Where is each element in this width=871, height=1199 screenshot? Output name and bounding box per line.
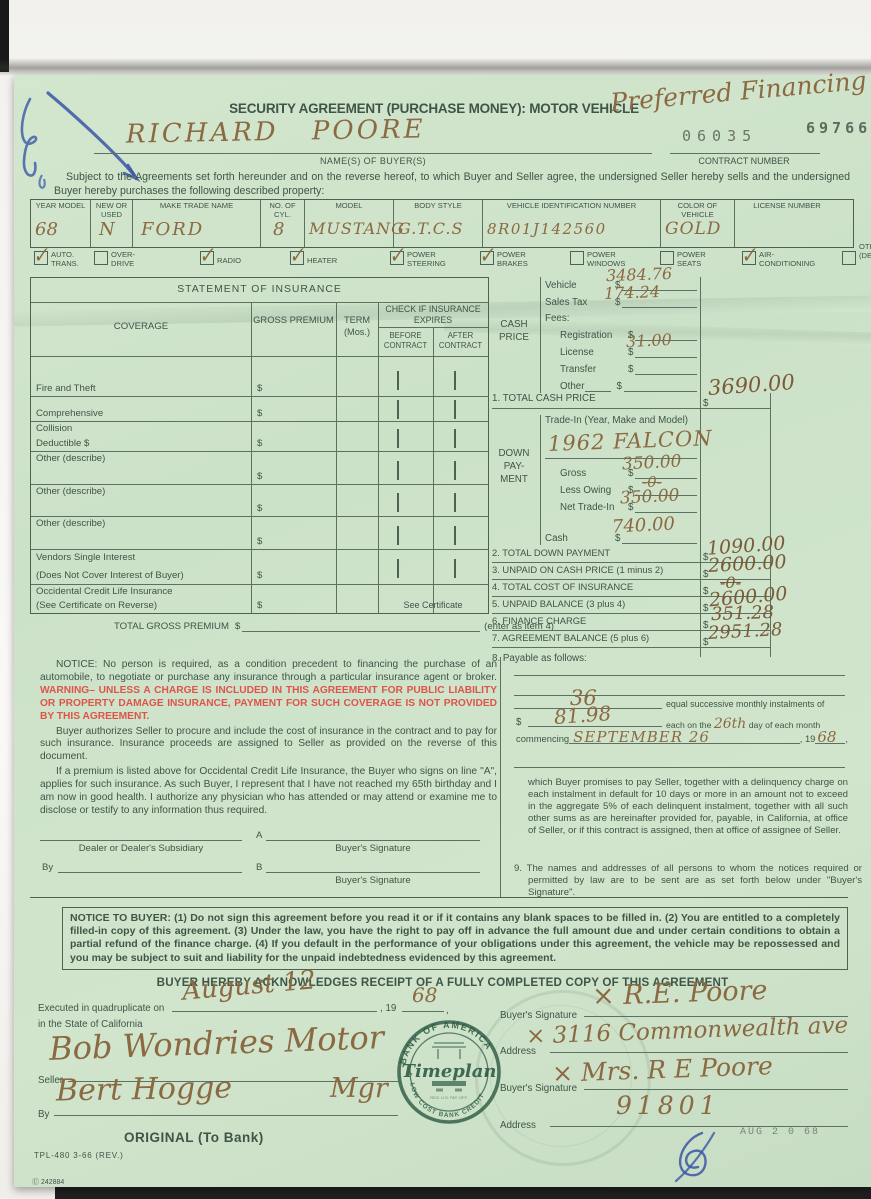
insurance-checkbox-before	[397, 429, 399, 448]
check-mark: ✓	[476, 242, 497, 269]
insurance-checkbox-before	[397, 493, 399, 512]
vehicle-col-header: MAKE TRADE NAME	[133, 200, 261, 221]
insurance-checkbox-after	[454, 461, 456, 480]
by-title-value: Mgr	[330, 1075, 388, 1102]
union-mark-icon: Ⓤ	[32, 1179, 39, 1186]
buyer-signature-line-a	[266, 828, 480, 841]
installment-amount-value: 81.98	[553, 703, 612, 727]
equipment-item: ✓AIR- CONDITIONING	[742, 251, 821, 268]
commencing-value: SEPTEMBER 26	[573, 730, 710, 745]
insurance-row-credit-life: Occidental Credit Life Insurance (See Ce…	[31, 584, 488, 613]
insurance-checkbox-after	[454, 493, 456, 512]
total-row-3: 3. UNPAID ON CASH PRICE (1 minus 2)	[492, 564, 700, 580]
dollar-sign: $	[700, 586, 708, 597]
check-mark: ✓	[738, 242, 759, 269]
cash-row-transfer: Transfer$	[560, 361, 697, 375]
insurance-checkbox-after	[454, 429, 456, 448]
date-stamp: AUG 2 0 68	[740, 1127, 820, 1138]
bank-of-america-timeplan-seal: BANK OF AMERICA LOW COST BANK CREDIT Tim…	[396, 1019, 502, 1125]
by-label: By	[42, 862, 53, 873]
dollar-sign: $	[257, 536, 262, 547]
see-certificate-note: See Certificate	[378, 600, 488, 610]
vehicle-table: YEAR MODEL NEW OR USED MAKE TRADE NAME N…	[30, 199, 854, 248]
vehicle-col-header: LICENSE NUMBER	[735, 200, 839, 221]
insurance-checkbox-after	[454, 371, 456, 390]
dollar-sign: $	[700, 569, 708, 580]
total-row-6: 6. FINANCE CHARGE	[492, 615, 700, 631]
by-label-bottom: By	[38, 1109, 49, 1120]
checkbox-radio: ✓	[200, 251, 214, 265]
col-gross-premium: GROSS PREMIUM	[251, 314, 336, 326]
buyer-name-label: NAME(S) OF BUYER(S)	[94, 156, 652, 166]
cash-down-value: 740.00	[612, 515, 676, 536]
scan-shadow-edge	[0, 58, 871, 76]
address2-value: 91801	[616, 1093, 721, 1118]
contract-number-label: CONTRACT NUMBER	[664, 156, 824, 166]
checkbox-heater: ✓	[290, 251, 304, 265]
installments-text: equal successive monthly instalments of	[666, 699, 848, 709]
scan-bottom-strip	[55, 1187, 871, 1199]
cash-license-value: 31.00	[626, 332, 673, 350]
buyer-signature-label-a: Buyer's Signature	[266, 843, 480, 854]
dollar-sign: $	[516, 717, 521, 728]
vehicle-cell: G.T.C.S	[394, 221, 483, 247]
vehicle-col-header: NO. OF CYL.	[261, 200, 305, 221]
payable-blank-line-1	[514, 663, 845, 676]
check-mark: ✓	[30, 242, 51, 269]
svg-text:REG. U.S. PAT. OFF.: REG. U.S. PAT. OFF.	[430, 1095, 467, 1100]
vehicle-col-header: NEW OR USED	[91, 200, 133, 221]
total-row-7: 7. AGREEMENT BALANCE (5 plus 6)	[492, 632, 700, 648]
buyer-sig1-label: Buyer's Signature	[500, 1010, 577, 1021]
promise-paragraph: which Buyer promises to pay Seller, toge…	[528, 777, 848, 837]
equipment-item: OTHER (DESCRIBE)	[842, 251, 871, 265]
buyer-signature-line-b	[266, 860, 480, 873]
by-signature-value: Bert Hogge	[56, 1073, 233, 1106]
vehicle-col-header: COLOR OF VEHICLE	[661, 200, 735, 221]
buyer-name-line	[94, 141, 652, 154]
cash-fees-label: Fees:	[545, 313, 570, 324]
check-mark: ✓	[196, 242, 217, 269]
equipment-item: ✓HEATER	[290, 251, 351, 266]
equipment-checkbox-row: ✓AUTO. TRANS. OVER- DRIVE ✓RADIO ✓HEATER…	[30, 251, 870, 277]
col-coverage: COVERAGE	[31, 302, 251, 356]
equipment-item: ✓POWER STEERING	[390, 251, 459, 268]
buyer-sig1-value: × R.E. Poore	[592, 977, 768, 1010]
original-to-bank-label: ORIGINAL (To Bank)	[124, 1130, 264, 1145]
checkbox-other	[842, 251, 856, 265]
checkbox-power-steering: ✓	[390, 251, 404, 265]
cash-row-other: Other$	[560, 378, 697, 392]
total-gross-premium-row: TOTAL GROSS PREMIUM $ (enter as item 4)	[114, 621, 554, 632]
dollar-sign: $	[700, 637, 708, 648]
dollar-sign: $	[257, 408, 262, 419]
warning-text: WARNING– UNLESS A CHARGE IS INCLUDED IN …	[40, 685, 497, 722]
col-before-contract: BEFORE CONTRACT	[378, 331, 433, 350]
svg-text:Timeplan: Timeplan	[402, 1061, 497, 1082]
svg-text:★: ★	[484, 1071, 489, 1078]
vehicle-cell: GOLD	[661, 221, 735, 247]
checkbox-overdrive	[94, 251, 108, 265]
dollar-sign: $	[257, 600, 262, 611]
insurance-row-comprehensive: Comprehensive $	[31, 396, 488, 422]
insurance-checkbox-after	[454, 526, 456, 545]
dealer-line	[40, 828, 242, 841]
insurance-row-other-2: Other (describe) $	[31, 484, 488, 517]
dollar-sign: $	[700, 603, 708, 614]
vehicle-cell: 8R01J142560	[483, 221, 661, 247]
trade-in-gross-value: 350.00	[622, 453, 682, 473]
total-cash-price-row: 1. TOTAL CASH PRICE	[492, 393, 700, 409]
dollar-sign: $	[257, 383, 262, 394]
subject-paragraph: Subject to the Agreements set forth here…	[54, 170, 850, 198]
commencing-row: commencing SEPTEMBER 26 , 19 68 ,	[516, 733, 848, 744]
cash-sales-tax-value: 174.24	[604, 284, 661, 302]
insurance-row-collision: Collision Deductible $ $	[31, 421, 488, 452]
equipment-item: OVER- DRIVE	[94, 251, 151, 268]
insurance-row-other-1: Other (describe) $	[31, 451, 488, 485]
dollar-sign: $	[257, 438, 262, 449]
dealer-label: Dealer or Dealer's Subsidiary	[40, 843, 242, 854]
stamp-number-2: 69766	[806, 119, 871, 137]
equipment-item: ✓RADIO	[200, 251, 257, 266]
dollar-sign: $	[257, 503, 262, 514]
insurance-row-other-3: Other (describe) $	[31, 516, 488, 550]
insurance-checkbox-before	[397, 400, 399, 419]
trade-in-label: Trade-In (Year, Make and Model)	[545, 415, 688, 426]
vehicle-cell: MUSTANG	[305, 221, 394, 247]
by-line	[58, 860, 242, 873]
vehicle-col-header: BODY STYLE	[394, 200, 483, 221]
checkbox-power-windows	[570, 251, 584, 265]
day-value: 26th	[714, 716, 746, 732]
address2-label: Address	[500, 1120, 536, 1131]
contract-number-line	[670, 141, 820, 154]
checkbox-auto-trans: ✓	[34, 251, 48, 265]
seller-signature-value: Bob Wondries Motor	[49, 1021, 385, 1065]
insurance-checkbox-before	[397, 461, 399, 480]
dollar-sign: $	[229, 621, 242, 632]
notice-block: NOTICE: No person is required, as a cond…	[40, 659, 497, 818]
insurance-checkbox-after	[454, 559, 456, 578]
total-row-4: 4. TOTAL COST OF INSURANCE	[492, 581, 700, 597]
equipment-item: ✓AUTO. TRANS.	[34, 251, 93, 268]
dollar-sign: $	[611, 381, 624, 392]
total-cash-price-value: 3690.00	[707, 372, 795, 399]
col-check-if: CHECK IF INSURANCE EXPIRES	[378, 304, 488, 325]
item9-paragraph: 9. The names and addresses of all person…	[514, 863, 862, 899]
buyer-sig2-value: × Mrs. R E Poore	[552, 1053, 774, 1086]
checkbox-power-seats	[660, 251, 674, 265]
dollar-sign: $	[257, 570, 262, 581]
vehicle-cell: N	[91, 221, 133, 247]
cash-price-label: CASHPRICE	[489, 318, 539, 344]
blue-pen-initial	[662, 1127, 724, 1185]
cash-vehicle-value: 3484.76	[606, 266, 673, 284]
executed-prefix: Executed in quadruplicate on	[38, 1003, 164, 1014]
vehicle-cell: FORD	[133, 221, 261, 247]
vehicle-col-header: VEHICLE IDENTIFICATION NUMBER	[483, 200, 661, 221]
check-mark: ✓	[286, 242, 307, 269]
total-row-5: 5. UNPAID BALANCE (3 plus 4)	[492, 598, 700, 614]
svg-text:★: ★	[408, 1071, 413, 1078]
insurance-row-fire-theft: Fire and Theft $	[31, 356, 488, 397]
trade-in-net-value: 350.00	[620, 487, 680, 507]
insurance-checkbox-before	[397, 559, 399, 578]
vehicle-col-header: YEAR MODEL	[31, 200, 91, 221]
checkbox-air-conditioning: ✓	[742, 251, 756, 265]
insurance-checkbox-after	[454, 400, 456, 419]
check-mark: ✓	[386, 242, 407, 269]
insurance-checkbox-before	[397, 371, 399, 390]
col-term: TERM (Mos.)	[336, 314, 378, 338]
form-number: TPL-480 3-66 (REV.)	[34, 1151, 124, 1160]
b-label: B	[256, 862, 262, 873]
payable-blank-line-3	[514, 755, 845, 768]
executed-year-value: 68	[412, 985, 437, 1005]
total-value-7: 2951.28	[708, 621, 783, 643]
dollar-sign: $	[700, 398, 708, 409]
checkbox-power-brakes: ✓	[480, 251, 494, 265]
col-after-contract: AFTER CONTRACT	[433, 331, 488, 350]
vehicle-col-header: MODEL	[305, 200, 394, 221]
by-line-bottom	[54, 1103, 398, 1116]
commencing-year: 68	[817, 730, 836, 745]
insurance-checkbox-before	[397, 526, 399, 545]
a-label: A	[256, 830, 262, 841]
total-row-2: 2. TOTAL DOWN PAYMENT	[492, 547, 700, 563]
executed-year-prefix: , 19	[380, 1003, 396, 1014]
insurance-row-vendors: Vendors Single Interest (Does Not Cover …	[31, 549, 488, 585]
buyer-signature-label-b: Buyer's Signature	[266, 875, 480, 886]
handwritten-financing-note: Preferred Financing	[609, 68, 867, 115]
notice-to-buyer-box: NOTICE TO BUYER: (1) Do not sign this ag…	[62, 907, 848, 970]
down-payment-label: DOWNPAY-MENT	[489, 447, 539, 486]
insurance-table: STATEMENT OF INSURANCE COVERAGE GROSS PR…	[30, 277, 489, 614]
dollar-sign: $	[257, 471, 262, 482]
dollar-sign: $	[622, 364, 635, 375]
equipment-item: ✓POWER BRAKES	[480, 251, 543, 268]
executed-year-suffix: ,	[446, 1005, 449, 1016]
form-sheet: SECURITY AGREEMENT (PURCHASE MONEY): MOT…	[14, 75, 871, 1187]
insurance-section-title: STATEMENT OF INSURANCE	[31, 278, 488, 303]
union-label: Ⓤ 242884	[32, 1177, 64, 1187]
